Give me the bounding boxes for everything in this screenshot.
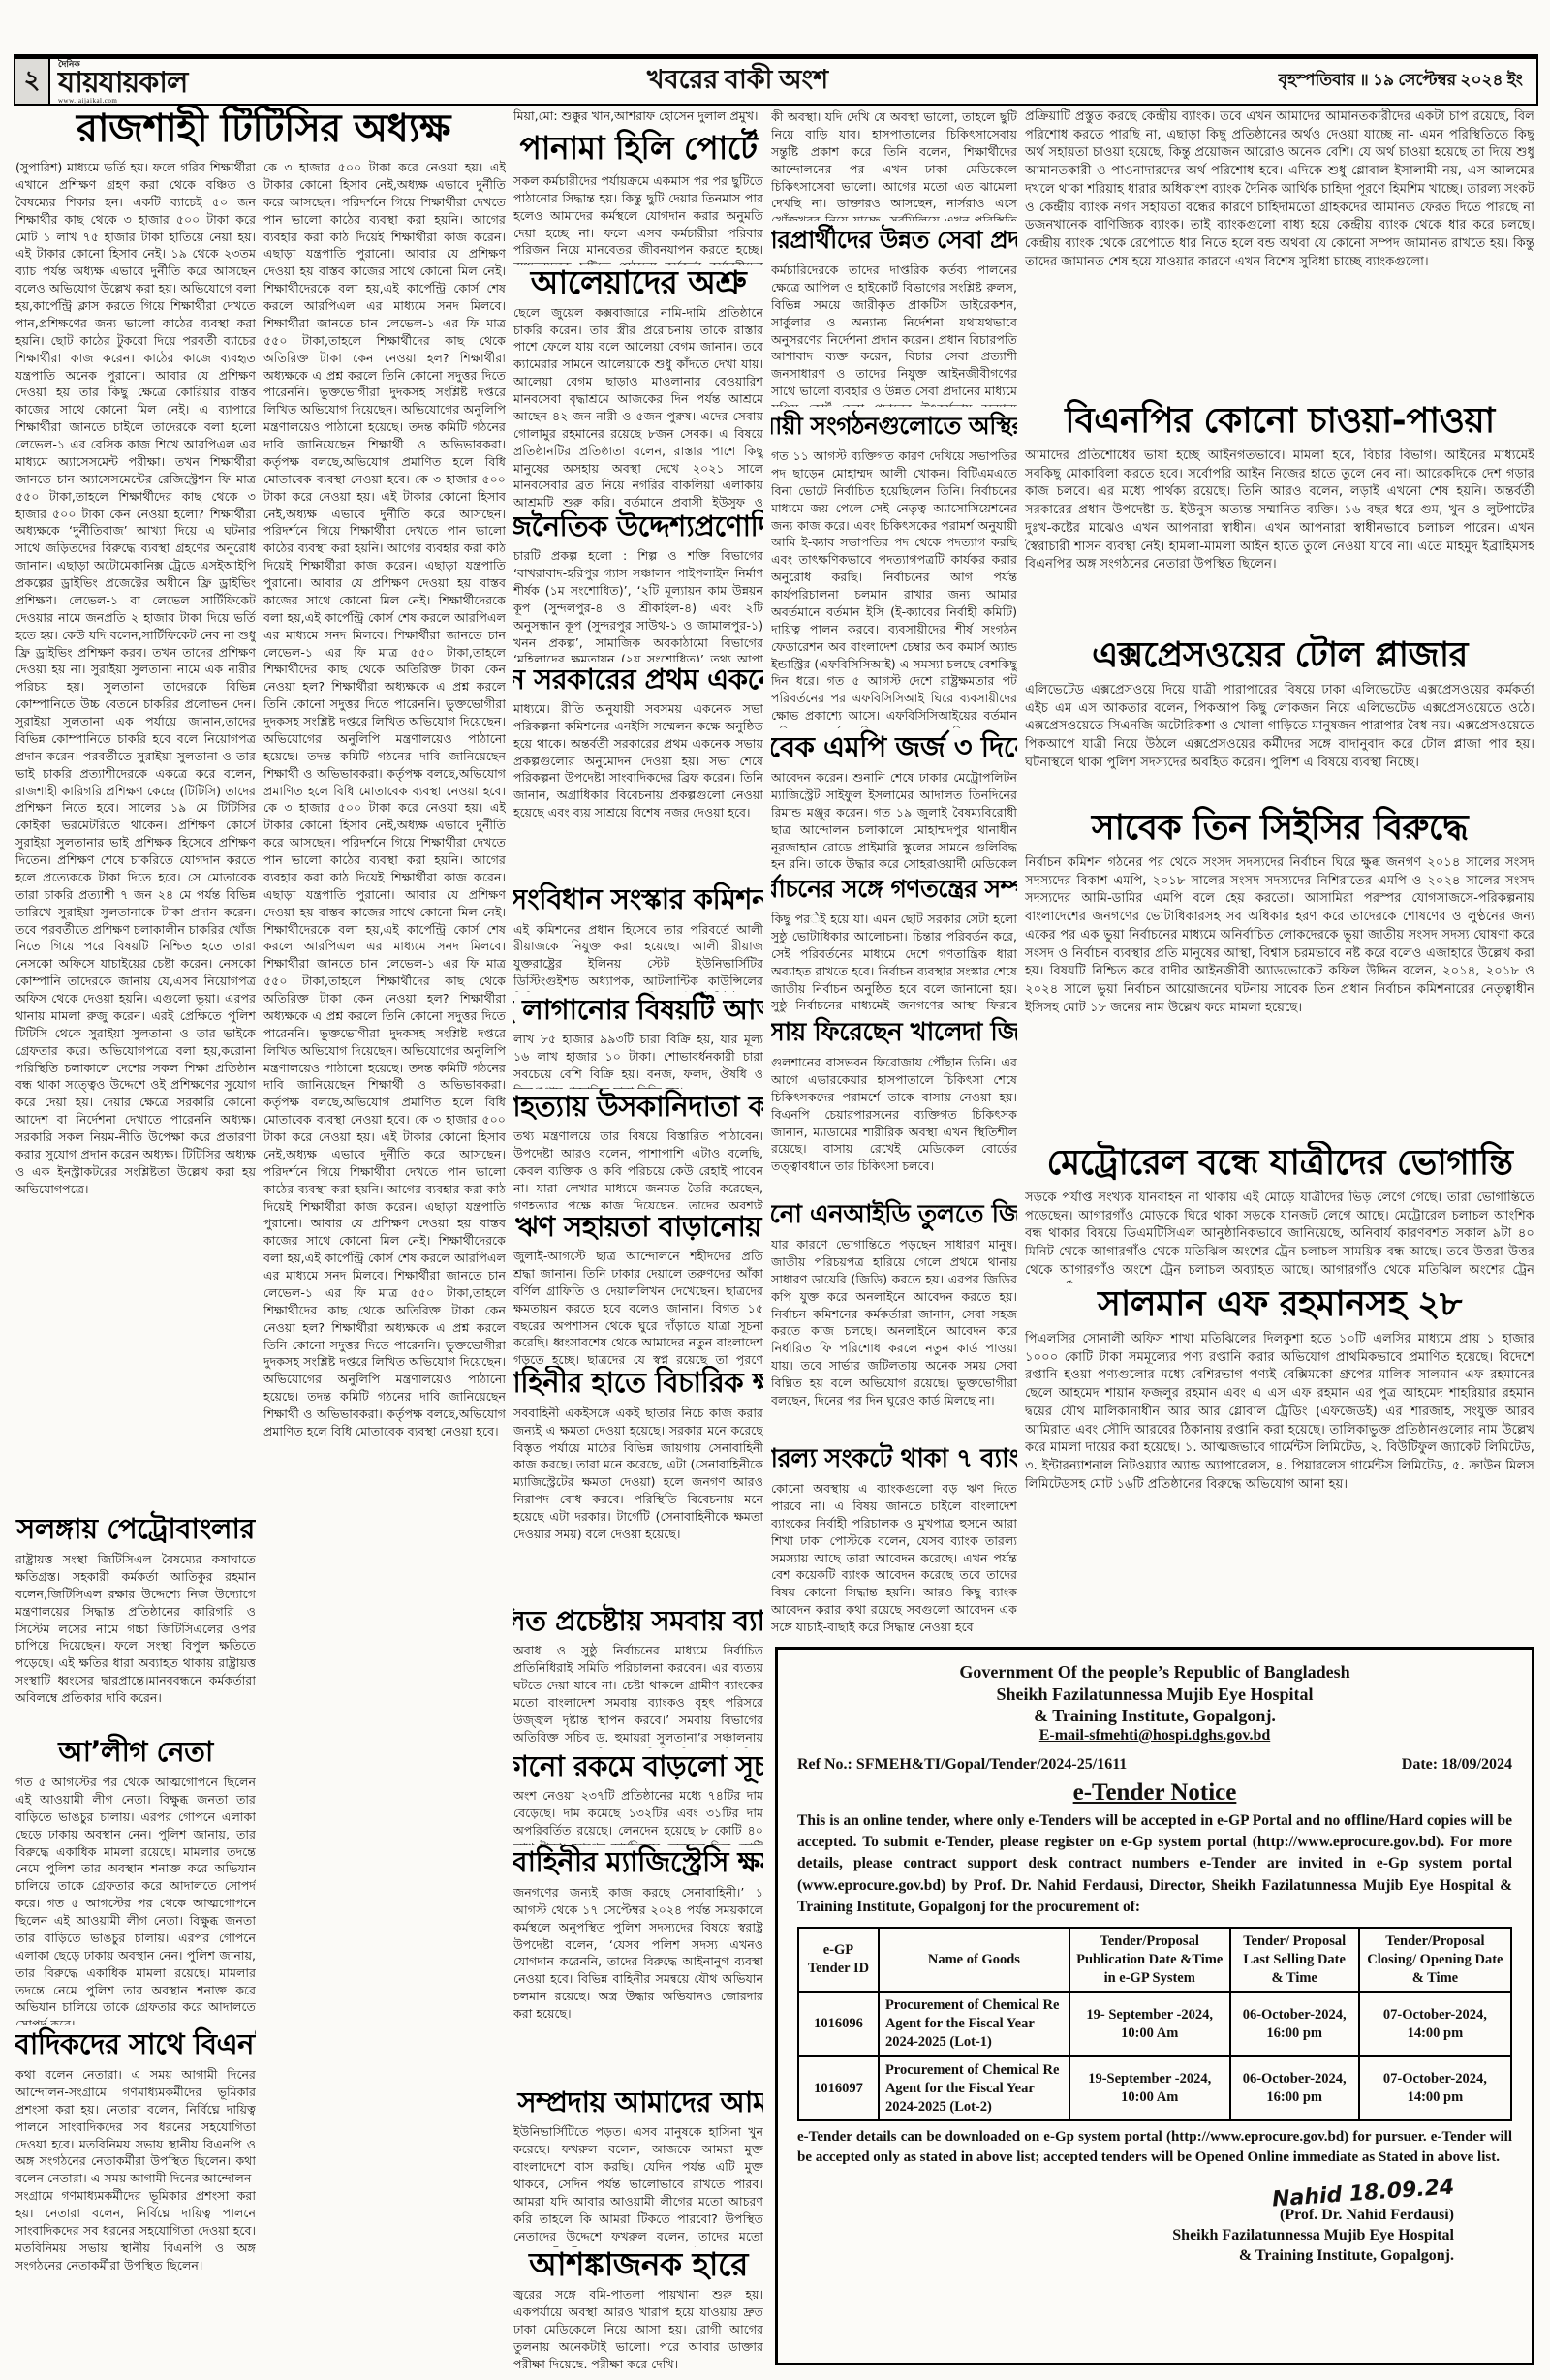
tender-email: E-mail-sfmehti@hospi.dghs.gov.bd [797, 1727, 1512, 1745]
article-body: আবেদন করেন। শুনানি শেষে ঢাকার মেট্রোপলিট… [771, 769, 1017, 870]
tender-ref-no: Ref No.: SFMEH&TI/Gopal/Tender/2024-25/1… [797, 1756, 1127, 1774]
headline-lost-nid-gd: হারানো এনআইডি তুলতে জিডির [771, 1195, 1017, 1236]
headline-salman-f-rahman-28: সালমান এফ রহমানসহ ২৮ [1025, 1283, 1534, 1331]
tender-intro: This is an online tender, where only e-T… [797, 1810, 1512, 1919]
tender-table-header-row: e-GP Tender ID Name of Goods Tender/Prop… [798, 1928, 1511, 1993]
headline-hindu-community: হিন্দু সম্প্রদায় আমাদের আমানত [513, 2086, 763, 2124]
headline-ex-mp-george-remand: সাবেক এমপি জর্জ ৩ দিনের [771, 728, 1017, 769]
column-2: কে ৩ হাজার ৫০০ টাকা করে নেওয়া হয়। এই ট… [263, 159, 506, 2368]
newspaper-page: { "masthead": { "page_number": "২", "pap… [0, 0, 1550, 2380]
headline-politically-motivated: রাজনৈতিক উদ্দেশ্যপ্রণোদিত [513, 509, 763, 547]
date-line: বৃহস্পতিবার ॥ ১৯ সেপ্টেম্বর ২০২৪ ইং [1279, 59, 1536, 104]
headline-aleyar-tears: আলেয়াদের অশ্রু [513, 265, 763, 304]
column-right: প্রক্রিয়াটি প্রস্তুত করছে কেন্দ্রীয় ব্… [1025, 108, 1534, 1637]
headline-business-organizations-unrest: ব্যবসায়ী সংগঠনগুলোতে অস্থিরতার [771, 407, 1017, 448]
tender-close-1: 07-October-2024, 14:00 pm [1359, 1992, 1511, 2056]
byline-continuation: মিয়া,মো: শুক্কুর খান,আশরাফ হোসেন দুলাল … [513, 108, 763, 128]
signatory-org-line1: Sheikh Fazilatunnessa Mujib Eye Hospital [1172, 2226, 1454, 2246]
headline-cooperative-bank: সম্মিলিত প্রচেষ্টায় সমবায় ব্যাংককে [513, 1603, 763, 1642]
headline-three-ex-cec-case: সাবেক তিন সিইসির বিরুদ্ধে [1025, 806, 1534, 854]
article-body: রাষ্ট্রায়ত্ত সংস্থা জিটিসিএল বৈষম্যের ক… [15, 1551, 256, 1733]
tender-row-2: 1016097 Procurement of Chemical Re Agent… [798, 2056, 1511, 2121]
article-body: সড়কে পর্যাপ্ত সংখ্যক যানবাহন না থাকায় … [1025, 1190, 1534, 1283]
headline-loan-assistance: ঋণ সহায়তা বাড়ানোয় [513, 1209, 763, 1248]
article-body: পিএলসির সোনালী অফিস শাখা মতিঝিলের দিলকুশ… [1025, 1331, 1534, 1637]
headline-justice-seekers-service: বিচারপ্রার্থীদের উন্নত সেবা প্রদানে [771, 221, 1017, 262]
page-number: ২ [15, 59, 50, 104]
article-body: লাখ ৮৫ হাজার ৯৯৩টি চারা বিক্রি হয়, যার … [513, 1031, 763, 1089]
paper-name: যায়যায়কাল [58, 69, 187, 98]
e-tender-notice-box: Government Of the people’s Republic of B… [775, 1647, 1534, 2365]
paper-url: www.jaijaikal.com [58, 98, 187, 105]
article-body-continuation: কী অবস্থা। যদি দেখি যে অবস্থা ভালো, তাহল… [771, 108, 1017, 221]
article-body: অবাধ ও সুষ্ঠু নির্বাচনের মাধ্যমে নির্বাচ… [513, 1642, 763, 1748]
headline-expressway-toll-plaza: এক্সপ্রেসওয়ের টোল প্লাজার [1025, 634, 1534, 682]
tender-id-1: 1016096 [798, 1992, 879, 2056]
article-body: কথা বলেন নেতারা। এ সময় আগামী দিনের আন্দ… [15, 2066, 256, 2366]
article-body: মাধ্যমে। রীতি অনুযায়ী সবসময় একনেক সভা … [513, 700, 763, 882]
signatory-org-line2: & Training Institute, Gopalgonj. [1239, 2246, 1454, 2267]
headline-khaleda-zia-home: বাসায় ফিরেছেন খালেদা জিয়া [771, 1013, 1017, 1054]
article-body: কর্মচারিদেরকে তাদের দাপ্তরিক কর্তব্য পাল… [771, 262, 1017, 407]
article-body: আমাদের প্রতিশোধের ভাষা হচ্ছে আইনগতভাবে। … [1025, 448, 1534, 634]
article-body: সববাহিনী একইসঙ্গে একই ছাতার নিচে কাজ করা… [513, 1405, 763, 1604]
headline-genocide-inciting-poet: গণহত্যায় উসকানিদাতা কবি [513, 1089, 763, 1128]
tender-col-last-selling: Tender/ Proposal Last Selling Date & Tim… [1230, 1928, 1359, 1993]
headline-army-magistracy-power: সেনাবাহিনীর ম্যাজিস্ট্রেসি ক্ষমতার [513, 1845, 763, 1884]
article-body-continuation: কে ৩ হাজার ৫০০ টাকা করে নেওয়া হয়। এই ট… [263, 159, 506, 2368]
headline-al-leader: আ’লীগ নেতা [15, 1733, 256, 1774]
tender-close-2: 07-October-2024, 14:00 pm [1359, 2056, 1511, 2121]
article-body: গত ১১ আগস্ট ব্যক্তিগত কারণ দেখিয়ে সভাপত… [771, 448, 1017, 728]
headline-salanga-petrobangla: সলঙ্গায় পেট্রোবাংলার [15, 1510, 256, 1551]
tender-sell-1: 06-October-2024, 16:00 pm [1230, 1992, 1359, 2056]
tender-col-id: e-GP Tender ID [798, 1928, 879, 1993]
masthead: ২ দৈনিক যায়যায়কাল www.jaijaikal.com খব… [14, 54, 1538, 106]
tender-col-goods: Name of Goods [879, 1928, 1069, 1993]
article-body: জ্বরের সঙ্গে বমি-পাতলা পায়খানা শুরু হয়… [513, 2286, 763, 2368]
column-4: কী অবস্থা। যদি দেখি যে অবস্থা ভালো, তাহল… [771, 108, 1017, 1637]
article-body: জুলাই-আগস্টে ছাত্র আন্দোলনে শহীদদের প্রত… [513, 1248, 763, 1366]
article-body: কিছু পরેই হয়ে যা। এমন ছোট সরকার সেটা হল… [771, 911, 1017, 1013]
article-body: যার কারণে ভোগান্তিতে পড়ছেন সাধারণ মানুষ… [771, 1236, 1017, 1439]
paper-logo: দৈনিক যায়যায়কাল www.jaijaikal.com [50, 59, 197, 104]
article-body: গত ৫ আগস্টের পর থেকে আত্মগোপনে ছিলেন এই … [15, 1774, 256, 2025]
tender-col-closing: Tender/Proposal Closing/ Opening Date & … [1359, 1928, 1511, 1993]
article-body: নির্বাচন কমিশন গঠনের পর থেকে সংসদ সদস্যদ… [1025, 854, 1534, 1141]
headline-alarming-rate: আশঙ্কাজনক হারে [513, 2247, 763, 2286]
headline-army-judicial-power: সেনাবাহিনীর হাতে বিচারিক ক্ষমতার [513, 1366, 763, 1405]
article-body-continuation: প্রক্রিয়াটি প্রস্তুত করছে কেন্দ্রীয় ব্… [1025, 108, 1534, 399]
tender-goods-2: Procurement of Chemical Re Agent for the… [879, 2056, 1069, 2121]
article-body: কোনো অবস্থায় এ ব্যাংকগুলো বড় ঋণ দিতে প… [771, 1480, 1017, 1637]
tender-org-line1: Government Of the people’s Republic of B… [797, 1661, 1512, 1684]
article-body: তথ্য মন্ত্রণালয়ে তার বিষয়ে বিস্তারিত প… [513, 1128, 763, 1209]
article-body: গুলশানের বাসভবন ফিরোজায় পৌঁছান তিনি। এর… [771, 1054, 1017, 1195]
article-body: এই কমিশনের প্রধান হিসেবে তার পরিবর্তে আল… [513, 921, 763, 993]
headline-constitution-reform-commission: সংবিধান সংস্কার কমিশন [513, 882, 763, 921]
headline-metrorail-shutdown: মেট্রোরেল বন্ধে যাত্রীদের ভোগান্তি [1025, 1141, 1534, 1190]
tender-table: e-GP Tender ID Name of Goods Tender/Prop… [797, 1927, 1512, 2122]
tender-note: e-Tender details can be downloaded on e-… [797, 2127, 1512, 2168]
headline-election-democracy-relation: নির্বাচনের সঙ্গে গণতন্ত্রের সম্পর্ক [771, 870, 1017, 911]
tender-row-1: 1016096 Procurement of Chemical Re Agent… [798, 1992, 1511, 2056]
tender-sell-2: 06-October-2024, 16:00 pm [1230, 2056, 1359, 2121]
headline-first-ecnec: নতুন সরকারের প্রথম একনেকে [513, 662, 763, 700]
section-title: খবরের বাকী অংশ [197, 59, 1278, 104]
headline-index-barely-rose: কোনো রকমে বাড়লো সূচক [513, 1748, 763, 1787]
column-1: (সুপারিশ) মাধ্যমে ভর্তি হয়। ফলে গরিব শি… [15, 159, 256, 2368]
article-body: চারটি প্রকল্প হলো : শিল্প ও শক্তি বিভাগে… [513, 547, 763, 662]
headline-panama-hili-port: পানামা হিলি পোর্টে [513, 128, 763, 172]
headline-rajshahi-ttc: রাজশাহী টিটিসির অধ্যক্ষ [15, 105, 511, 155]
article-body: এলিভেটেড এক্সপ্রেসওয়ে দিয়ে যাত্রী পারা… [1025, 682, 1534, 806]
tender-pub-1: 19- September -2024, 10:00 Am [1069, 1992, 1230, 2056]
tender-goods-1: Procurement of Chemical Re Agent for the… [879, 1992, 1069, 2056]
headline-seven-banks-liquidity-crisis: তারল্য সংকটে থাকা ৭ ব্যাংক [771, 1439, 1017, 1480]
article-body: ইউনিভার্সিটিতে পড়ত। এসব মানুষকে হাসিনা … [513, 2123, 763, 2247]
tender-id-2: 1016097 [798, 2056, 879, 2121]
tender-pub-2: 19-September -2024, 10:00 Am [1069, 2056, 1230, 2121]
tender-org-line3: & Training Institute, Gopalgonj. [797, 1705, 1512, 1727]
article-body: সকল কর্মচারীদের পর্যায়ক্রমে একমাস পর পর… [513, 172, 763, 265]
article-body: ছেলে জুয়েল কক্সবাজারে নামি-দামি প্রতিষ্… [513, 304, 763, 510]
tender-col-publication: Tender/Proposal Publication Date &Time i… [1069, 1928, 1230, 1993]
tender-org-line2: Sheikh Fazilatunnessa Mujib Eye Hospital [797, 1684, 1512, 1706]
headline-journalists-bnp: সাংবাদিকদের সাথে বিএনপির [15, 2025, 256, 2066]
tender-date: Date: 18/09/2024 [1402, 1756, 1512, 1774]
tender-title: e-Tender Notice [797, 1779, 1512, 1807]
headline-tree-planting: গাছ লাগানোর বিষয়টি আত্মায় [513, 992, 763, 1031]
article-body: অংশ নেওয়া ২৩৭টি প্রতিষ্ঠানের মধ্যে ৭৪টি… [513, 1787, 763, 1845]
article-body: জনগণের জন্যই কাজ করছে সেনাবাহিনী।’ ১ আগস… [513, 1884, 763, 2086]
headline-bnp-no-demands: বিএনপির কোনো চাওয়া-পাওয়া [1025, 399, 1534, 448]
column-3: মিয়া,মো: শুক্কুর খান,আশরাফ হোসেন দুলাল … [513, 108, 763, 2368]
article-body: (সুপারিশ) মাধ্যমে ভর্তি হয়। ফলে গরিব শি… [15, 159, 256, 1510]
